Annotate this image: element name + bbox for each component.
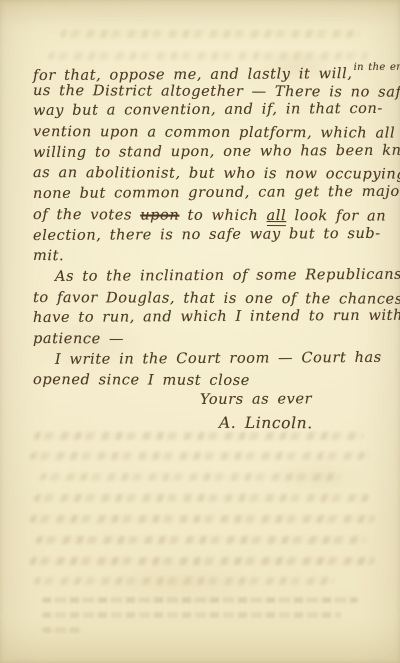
letter-line: Yours as ever	[33, 389, 385, 412]
letter-text: As to the inclination of some Republican…	[55, 267, 400, 285]
letter-line: for that, oppose me, and lastly it will,…	[33, 58, 385, 81]
letter-text: as an abolitionist, but who is now occup…	[33, 165, 400, 183]
letter-text: look for an	[286, 208, 386, 224]
letter-text: patience —	[33, 331, 124, 347]
bleedthrough-line	[35, 536, 367, 544]
letter-line: election, there is no safe way but to su…	[33, 223, 385, 246]
letter-text: election, there is no safe way but to su…	[33, 225, 381, 243]
bleedthrough-line	[29, 452, 371, 460]
scanned-letter-page: for that, oppose me, and lastly it will,…	[0, 0, 400, 663]
letter-text: opened since I must close	[33, 372, 250, 389]
bleedthrough-line	[33, 577, 335, 585]
letter-line: have to run, and which I intend to run w…	[33, 306, 385, 329]
letter-line: As to the inclination of some Republican…	[33, 265, 385, 288]
letter-text: A. Lincoln.	[219, 413, 313, 431]
bleedthrough-line	[29, 557, 376, 565]
letter-text: I write in the Court room — Court has	[55, 349, 382, 367]
letter-line: A. Lincoln.	[33, 412, 385, 434]
letter-text: to favor Douglas, that is one of the cha…	[33, 290, 400, 308]
letter-word-underline: all	[267, 208, 287, 226]
letter-word-strike: upon	[140, 207, 179, 223]
letter-text: us the District altogether — There is no…	[33, 83, 400, 101]
bleedthrough-line	[29, 515, 376, 523]
bleedthrough-printed-line	[42, 597, 358, 603]
letter-text: of the votes	[33, 207, 140, 223]
bleedthrough-line	[39, 473, 341, 481]
letter-text: way but a convention, and if, in that co…	[33, 101, 383, 119]
bleedthrough-line	[33, 432, 365, 440]
letter-line: willing to stand upon, one who has been …	[33, 141, 385, 164]
letter-text: to which	[179, 207, 266, 223]
letter-text: vention upon a common platform, which al…	[33, 124, 400, 142]
letter-word-insert: in the end,	[354, 58, 400, 79]
letter-body: for that, oppose me, and lastly it will,…	[33, 60, 385, 432]
letter-line: way but a convention, and if, in that co…	[33, 99, 385, 122]
letter-text: Yours as ever	[200, 391, 312, 408]
letter-text: none but common ground, can get the majo…	[33, 184, 400, 202]
bleedthrough-printed-line	[42, 627, 82, 633]
letter-line: I write in the Court room — Court has	[33, 347, 385, 370]
letter-line: none but common ground, can get the majo…	[33, 182, 385, 205]
letter-text: mit.	[33, 248, 64, 264]
letter-text: have to run, and which I intend to run w…	[33, 308, 400, 326]
bleedthrough-line	[59, 30, 361, 38]
letter-text: willing to stand upon, one who has been …	[33, 142, 400, 160]
bleedthrough-line	[33, 494, 370, 502]
bleedthrough-printed-line	[42, 612, 342, 618]
